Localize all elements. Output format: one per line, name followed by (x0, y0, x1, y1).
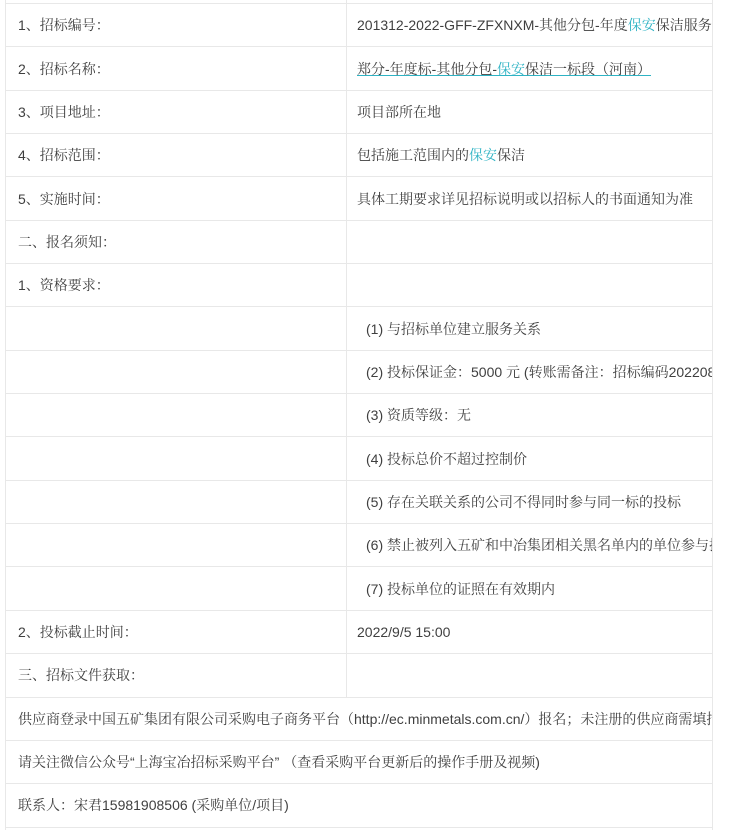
contact-text: 联系人：宋君15981908506 (采购单位/项目) (18, 795, 289, 815)
table-row: (1) 与招标单位建立服务关系 (6, 307, 712, 350)
requirement-item: (2) 投标保证金：5000 元 (转账需备注：招标编码20220848 (366, 362, 712, 382)
field-value-cell: 包括施工范围内的保安保洁 (346, 134, 712, 176)
requirement-item-cell: (1) 与招标单位建立服务关系 (346, 307, 712, 349)
field-label-cell: 1、招标编号： (6, 4, 346, 46)
field-value-cell: 2022/9/5 15:00 (346, 611, 712, 653)
field-value-cell (346, 0, 712, 3)
field-value-cell: 项目部所在地 (346, 91, 712, 133)
requirement-item: (6) 禁止被列入五矿和中冶集团相关黑名单内的单位参与投标 (366, 535, 712, 555)
field-value: 具体工期要求详见招标说明或以招标人的书面通知为准 (357, 189, 693, 209)
field-label-cell: 三、招标文件获取： (6, 654, 346, 696)
field-label-cell: 5、实施时间： (6, 177, 346, 219)
note-cell: 供应商登录中国五矿集团有限公司采购电子商务平台（http://ec.minmet… (6, 698, 712, 740)
deadline-value: 2022/9/5 15:00 (357, 624, 450, 640)
table-row: 三、招标文件获取： (6, 654, 712, 697)
table-row: (3) 资质等级：无 (6, 394, 712, 437)
field-value-cell (346, 654, 712, 696)
requirement-item-cell: (2) 投标保证金：5000 元 (转账需备注：招标编码20220848 (346, 351, 712, 393)
field-label-cell (6, 437, 346, 479)
table-row: (6) 禁止被列入五矿和中冶集团相关黑名单内的单位参与投标 (6, 524, 712, 567)
field-value: 项目部所在地 (357, 102, 441, 122)
table-row: 1、资格要求： (6, 264, 712, 307)
contact-cell: 联系人：宋君15981908506 (采购单位/项目) (6, 784, 712, 826)
field-label-cell (6, 351, 346, 393)
field-value-cell (346, 221, 712, 263)
field-label-cell (6, 394, 346, 436)
text-segment: 包括施工范围内的 (357, 147, 469, 163)
section-heading: 三、招标文件获取： (18, 665, 144, 685)
field-label-cell (6, 481, 346, 523)
field-label: 5、实施时间： (18, 189, 110, 209)
bid-notice-page: 1、招标编号： 201312-2022-GFF-ZFXNXM-其他分包-年度保安… (0, 0, 732, 830)
table-row: 3、项目地址： 项目部所在地 (6, 91, 712, 134)
note-text: 请关注微信公众号“上海宝冶招标采购平台” （查看采购平台更新后的操作手册及视频) (18, 752, 540, 772)
requirement-item: (4) 投标总价不超过控制价 (366, 449, 527, 469)
field-label-cell: 2、招标名称： (6, 47, 346, 89)
requirement-item-cell: (3) 资质等级：无 (346, 394, 712, 436)
requirement-item: (5) 存在关联关系的公司不得同时参与同一标的投标 (366, 492, 681, 512)
requirement-item-cell: (7) 投标单位的证照在有效期内 (346, 567, 712, 609)
field-label: 1、资格要求： (18, 275, 110, 295)
requirement-item: (1) 与招标单位建立服务关系 (366, 319, 541, 339)
field-label: 4、招标范围： (18, 145, 110, 165)
table-row: (7) 投标单位的证照在有效期内 (6, 567, 712, 610)
requirement-item-cell: (5) 存在关联关系的公司不得同时参与同一标的投标 (346, 481, 712, 523)
field-value-cell: 201312-2022-GFF-ZFXNXM-其他分包-年度保安保洁服务012 (346, 4, 712, 46)
table-row: (4) 投标总价不超过控制价 (6, 437, 712, 480)
note-text: 供应商登录中国五矿集团有限公司采购电子商务平台（http://ec.minmet… (18, 709, 712, 729)
highlight-keyword: 保安 (497, 61, 525, 77)
field-label-cell (6, 0, 346, 3)
field-label: 2、投标截止时间： (18, 622, 138, 642)
field-value-cell: 具体工期要求详见招标说明或以招标人的书面通知为准 (346, 177, 712, 219)
requirement-item: (3) 资质等级：无 (366, 405, 471, 425)
field-label-cell (6, 524, 346, 566)
field-label-cell: 二、报名须知： (6, 221, 346, 263)
text-segment: 郑分-年度标-其他分包- (357, 61, 497, 77)
field-label-cell (6, 567, 346, 609)
table-row: (2) 投标保证金：5000 元 (转账需备注：招标编码20220848 (6, 351, 712, 394)
field-label-cell: 1、资格要求： (6, 264, 346, 306)
table-row: 2、投标截止时间： 2022/9/5 15:00 (6, 611, 712, 654)
field-value: 201312-2022-GFF-ZFXNXM-其他分包-年度保安保洁服务012 (357, 15, 712, 35)
text-segment: 保洁一标段（河南） (525, 61, 651, 77)
table-row: 4、招标范围： 包括施工范围内的保安保洁 (6, 134, 712, 177)
requirement-item-cell: (6) 禁止被列入五矿和中冶集团相关黑名单内的单位参与投标 (346, 524, 712, 566)
field-label: 3、项目地址： (18, 102, 110, 122)
text-segment: 保洁 (497, 147, 525, 163)
table-row: 供应商登录中国五矿集团有限公司采购电子商务平台（http://ec.minmet… (6, 698, 712, 741)
field-label: 1、招标编号： (18, 15, 110, 35)
bid-info-table: 1、招标编号： 201312-2022-GFF-ZFXNXM-其他分包-年度保安… (5, 0, 713, 830)
table-row: 请关注微信公众号“上海宝冶招标采购平台” （查看采购平台更新后的操作手册及视频) (6, 741, 712, 784)
field-label-cell (6, 307, 346, 349)
highlight-keyword: 保安 (469, 147, 497, 163)
text-segment: 保洁服务012 (656, 17, 712, 33)
table-row: 二、报名须知： (6, 221, 712, 264)
table-row: 5、实施时间： 具体工期要求详见招标说明或以招标人的书面通知为准 (6, 177, 712, 220)
table-row: 1、招标编号： 201312-2022-GFF-ZFXNXM-其他分包-年度保安… (6, 4, 712, 47)
section-heading: 二、报名须知： (18, 232, 116, 252)
field-label-cell: 4、招标范围： (6, 134, 346, 176)
field-label: 2、招标名称： (18, 59, 110, 79)
text-segment: 201312-2022-GFF-ZFXNXM-其他分包-年度 (357, 17, 628, 33)
highlight-keyword: 保安 (628, 17, 656, 33)
table-row: (5) 存在关联关系的公司不得同时参与同一标的投标 (6, 481, 712, 524)
bid-name-link[interactable]: 郑分-年度标-其他分包-保安保洁一标段（河南） (357, 59, 651, 79)
requirement-item: (7) 投标单位的证照在有效期内 (366, 579, 555, 599)
field-value-cell: 郑分-年度标-其他分包-保安保洁一标段（河南） (346, 47, 712, 89)
table-row: 联系人：宋君15981908506 (采购单位/项目) (6, 784, 712, 827)
field-label-cell: 2、投标截止时间： (6, 611, 346, 653)
field-value-cell (346, 264, 712, 306)
note-cell: 请关注微信公众号“上海宝冶招标采购平台” （查看采购平台更新后的操作手册及视频) (6, 741, 712, 783)
field-label-cell: 3、项目地址： (6, 91, 346, 133)
requirement-item-cell: (4) 投标总价不超过控制价 (346, 437, 712, 479)
table-row: 2、招标名称： 郑分-年度标-其他分包-保安保洁一标段（河南） (6, 47, 712, 90)
field-value: 包括施工范围内的保安保洁 (357, 145, 525, 165)
